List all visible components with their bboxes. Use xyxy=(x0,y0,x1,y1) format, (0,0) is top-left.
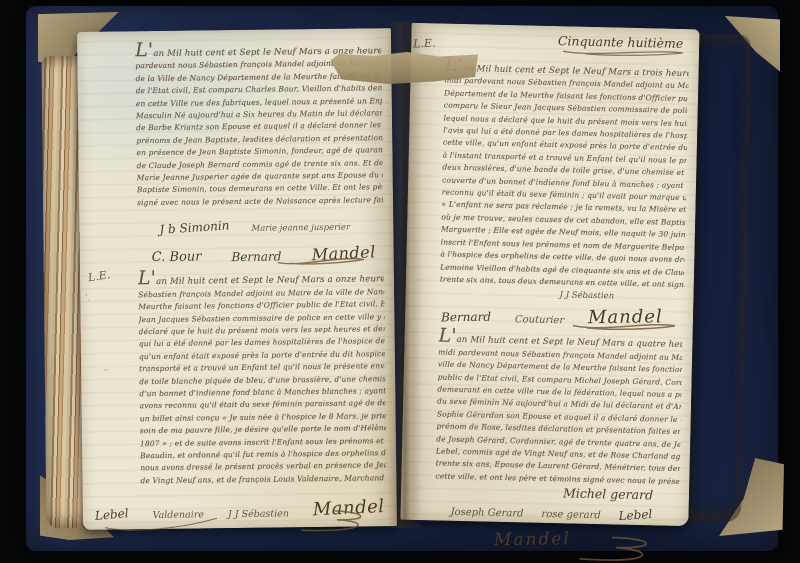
signature-flourish xyxy=(553,534,674,563)
entry-heading: Cinquante huitième xyxy=(445,32,689,52)
manuscript-photo: L'an Mil huit cent et Sept le Neuf Mars … xyxy=(0,0,800,563)
left-entry-1-signature-row-2: C. Bour Bernard Mandel xyxy=(137,232,383,265)
ink-mark: ·· xyxy=(103,366,108,375)
page-right: Cinquante huitième L'an Mil huit cent et… xyxy=(400,23,699,526)
left-entry-2: L'an Mil huit cent et Sept le Neuf Mars … xyxy=(138,266,387,487)
signature-flourish xyxy=(276,255,366,268)
left-entry-1-signature-row-1: J b Simonin Marie jeanne jusperier xyxy=(137,206,383,235)
page-left: L'an Mil huit cent et Sept le Neuf Mars … xyxy=(77,28,397,530)
right-entry-1: L'an Mil huit cent et Sept le Neuf Mars … xyxy=(440,56,689,292)
signature: Couturier xyxy=(515,315,564,327)
right-entry-2-signature-row-3: Mandel xyxy=(434,518,679,554)
signature: C. Bour xyxy=(152,250,202,266)
signature-flourish xyxy=(271,508,381,535)
right-entry-1-signature-row-2: Bernard Couturier Mandel xyxy=(439,298,684,330)
left-entry-2-signature-row: Lebel Valdenaire J J Sébastien Mandel xyxy=(141,484,387,521)
right-page-content: Cinquante huitième L'an Mil huit cent et… xyxy=(400,23,699,526)
right-entry-2: L'an Mil huit cent et Sept le Neuf Mars … xyxy=(435,327,682,488)
signature-flourish xyxy=(101,514,221,533)
signature: Bernard xyxy=(441,310,491,325)
ink-mark: `. xyxy=(84,294,91,303)
left-page-content: L'an Mil huit cent et Sept le Neuf Mars … xyxy=(77,28,397,530)
signature: Bernard xyxy=(231,250,281,265)
signature: Lebel xyxy=(618,507,653,523)
